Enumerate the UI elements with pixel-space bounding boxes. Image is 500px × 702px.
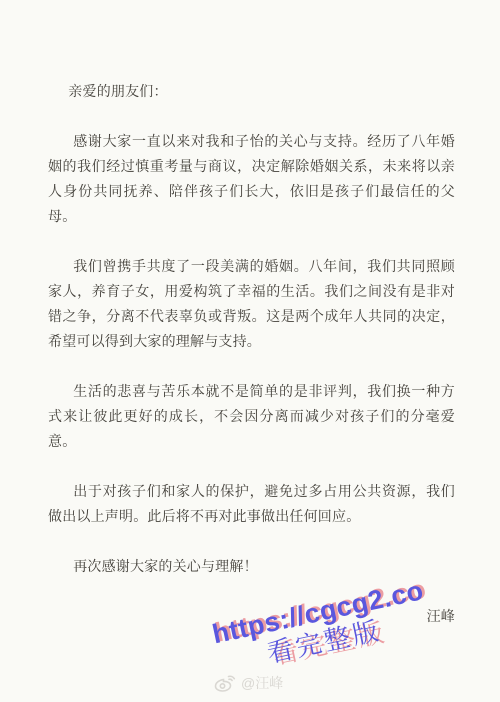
letter-paragraph: 我们曾携手共度了一段美满的婚姻。八年间，我们共同照顾家人，养育子女，用爱构筑了幸… (48, 255, 455, 355)
letter-paragraph: 感谢大家一直以来对我和子怡的关心与支持。经历了八年婚姻的我们经过慎重考量与商议，… (48, 130, 455, 230)
weibo-watermark: @汪峰 (213, 672, 283, 694)
letter-page: 亲爱的朋友们： 感谢大家一直以来对我和子怡的关心与支持。经历了八年婚姻的我们经过… (0, 0, 500, 702)
letter-paragraph: 再次感谢大家的关心与理解！ (48, 555, 455, 580)
letter-paragraphs: 感谢大家一直以来对我和子怡的关心与支持。经历了八年婚姻的我们经过慎重考量与商议，… (48, 130, 455, 580)
signature: 汪峰 (48, 605, 455, 630)
weibo-handle: @汪峰 (241, 672, 283, 694)
letter-body: 亲爱的朋友们： 感谢大家一直以来对我和子怡的关心与支持。经历了八年婚姻的我们经过… (0, 0, 500, 630)
salutation: 亲爱的朋友们： (48, 80, 455, 105)
weibo-logo-icon (213, 673, 237, 693)
letter-paragraph: 出于对孩子们和家人的保护，避免过多占用公共资源，我们做出以上声明。此后将不再对此… (48, 480, 455, 530)
letter-paragraph: 生活的悲喜与苦乐本就不是简单的是非评判，我们换一种方式来让彼此更好的成长，不会因… (48, 380, 455, 455)
